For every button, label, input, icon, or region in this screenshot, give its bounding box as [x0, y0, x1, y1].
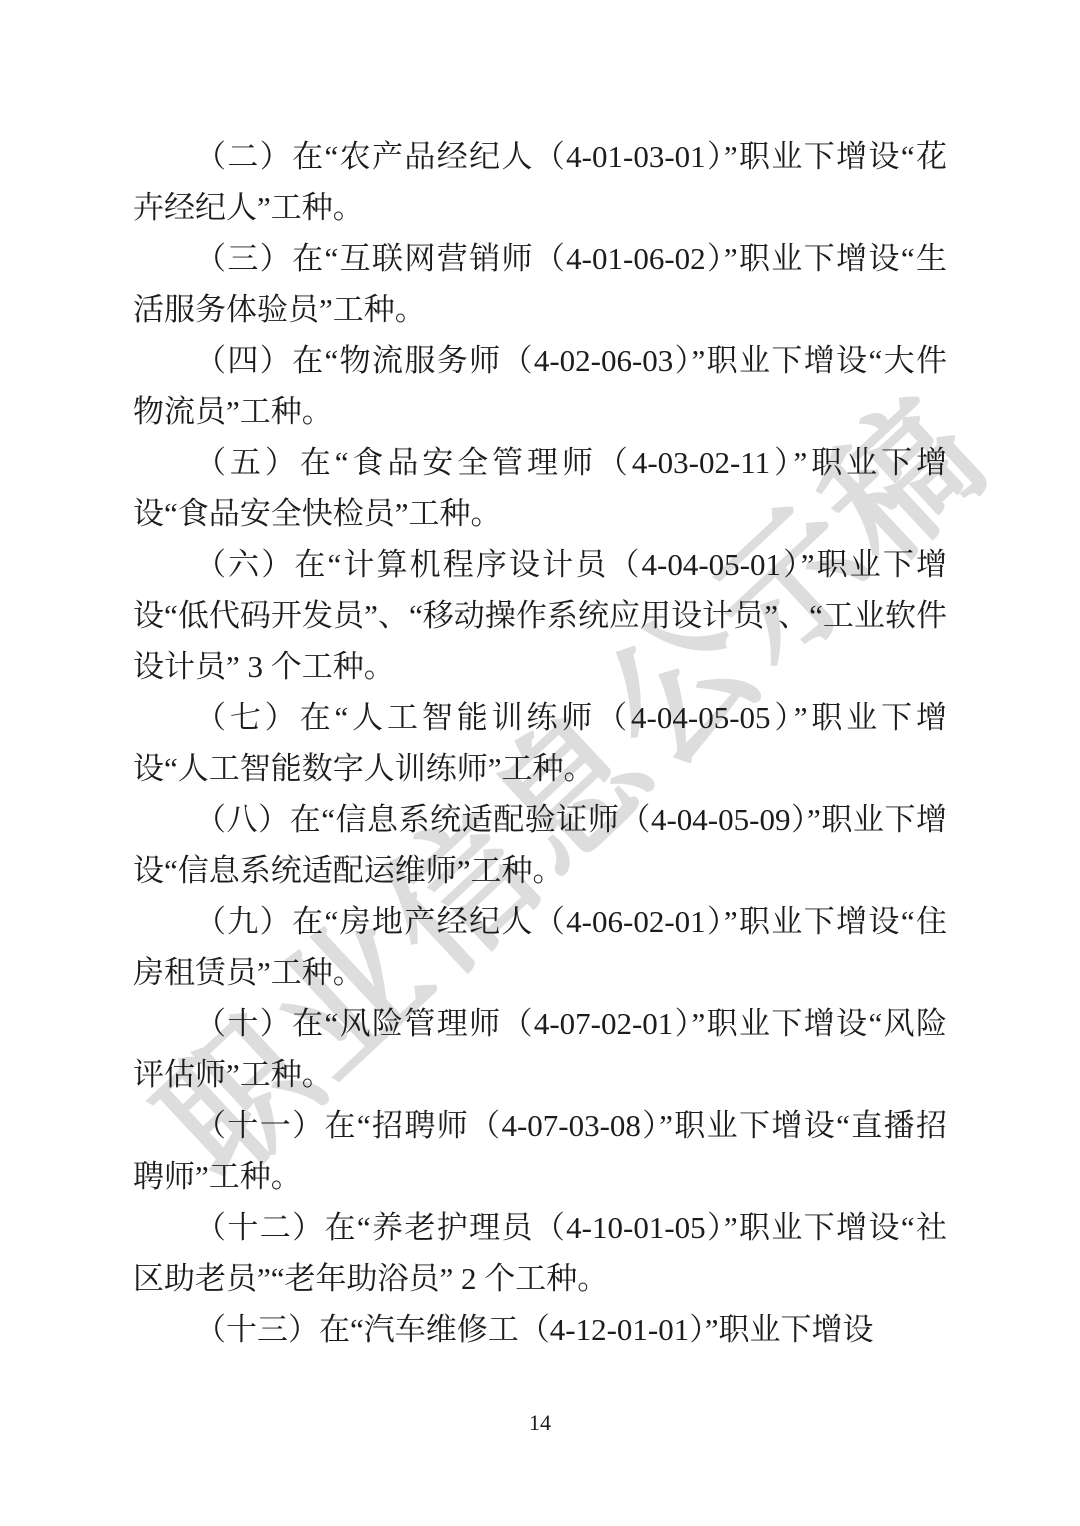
paragraph-item-5: （五）在“食品安全管理师（4-03-02-11）”职业下增设“食品安全快检员”工… — [133, 437, 947, 539]
paragraph-item-3: （三）在“互联网营销师（4-01-06-02）”职业下增设“生活服务体验员”工种… — [133, 233, 947, 335]
paragraph-item-4: （四）在“物流服务师（4-02-06-03）”职业下增设“大件物流员”工种。 — [133, 335, 947, 437]
paragraph-item-11: （十一）在“招聘师（4-07-03-08）”职业下增设“直播招聘师”工种。 — [133, 1100, 947, 1202]
paragraph-item-9: （九）在“房地产经纪人（4-06-02-01）”职业下增设“住房租赁员”工种。 — [133, 896, 947, 998]
paragraph-item-2: （二）在“农产品经纪人（4-01-03-01）”职业下增设“花卉经纪人”工种。 — [133, 131, 947, 233]
paragraph-item-13: （十三）在“汽车维修工（4-12-01-01）”职业下增设 — [133, 1304, 947, 1355]
paragraph-item-12: （十二）在“养老护理员（4-10-01-05）”职业下增设“社区助老员”“老年助… — [133, 1202, 947, 1304]
document-content: （二）在“农产品经纪人（4-01-03-01）”职业下增设“花卉经纪人”工种。 … — [133, 131, 947, 1355]
paragraph-item-7: （七）在“人工智能训练师（4-04-05-05）”职业下增设“人工智能数字人训练… — [133, 692, 947, 794]
paragraph-item-8: （八）在“信息系统适配验证师（4-04-05-09）”职业下增设“信息系统适配运… — [133, 794, 947, 896]
document-page: 职业信息公示稿 （二）在“农产品经纪人（4-01-03-01）”职业下增设“花卉… — [0, 0, 1080, 1526]
page-number: 14 — [0, 1410, 1080, 1436]
paragraph-item-6: （六）在“计算机程序设计员（4-04-05-01）”职业下增设“低代码开发员”、… — [133, 539, 947, 692]
paragraph-item-10: （十）在“风险管理师（4-07-02-01）”职业下增设“风险评估师”工种。 — [133, 998, 947, 1100]
